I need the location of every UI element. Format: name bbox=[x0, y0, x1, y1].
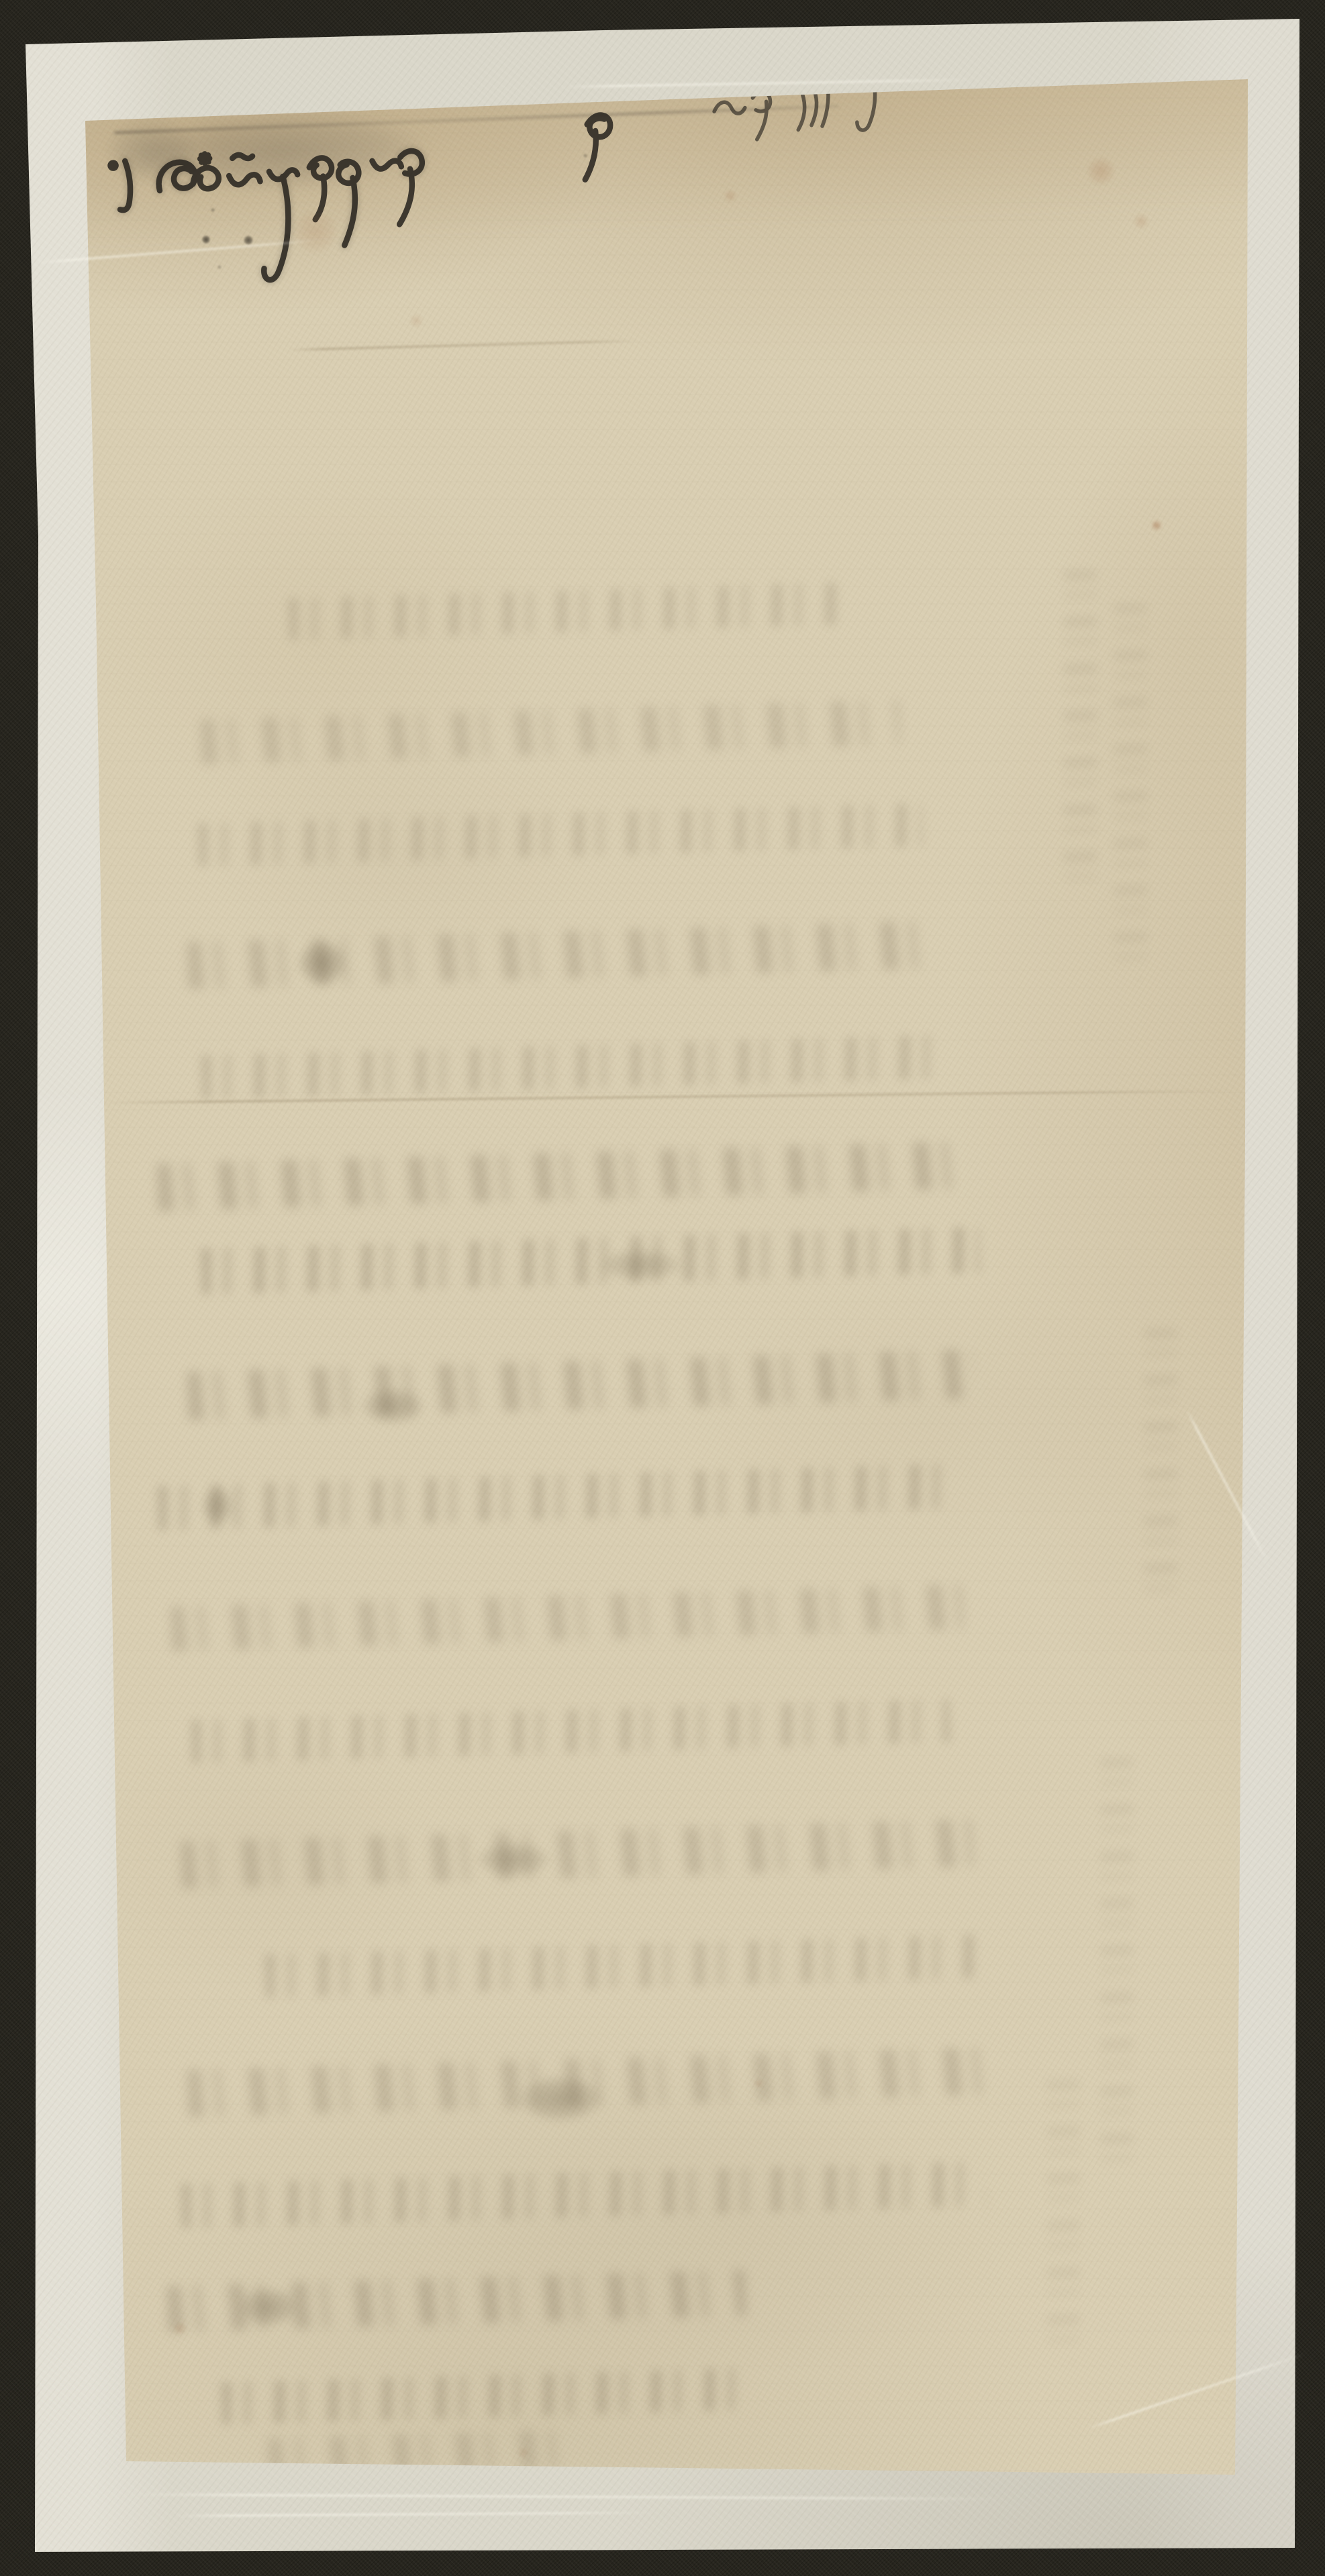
leaf-mottling bbox=[0, 0, 1325, 2576]
inscription-solo-glyph bbox=[583, 115, 612, 180]
manuscript-leaf bbox=[0, 0, 1325, 2576]
scan-canvas bbox=[0, 0, 1325, 2576]
inscription-main-cluster bbox=[110, 146, 426, 286]
